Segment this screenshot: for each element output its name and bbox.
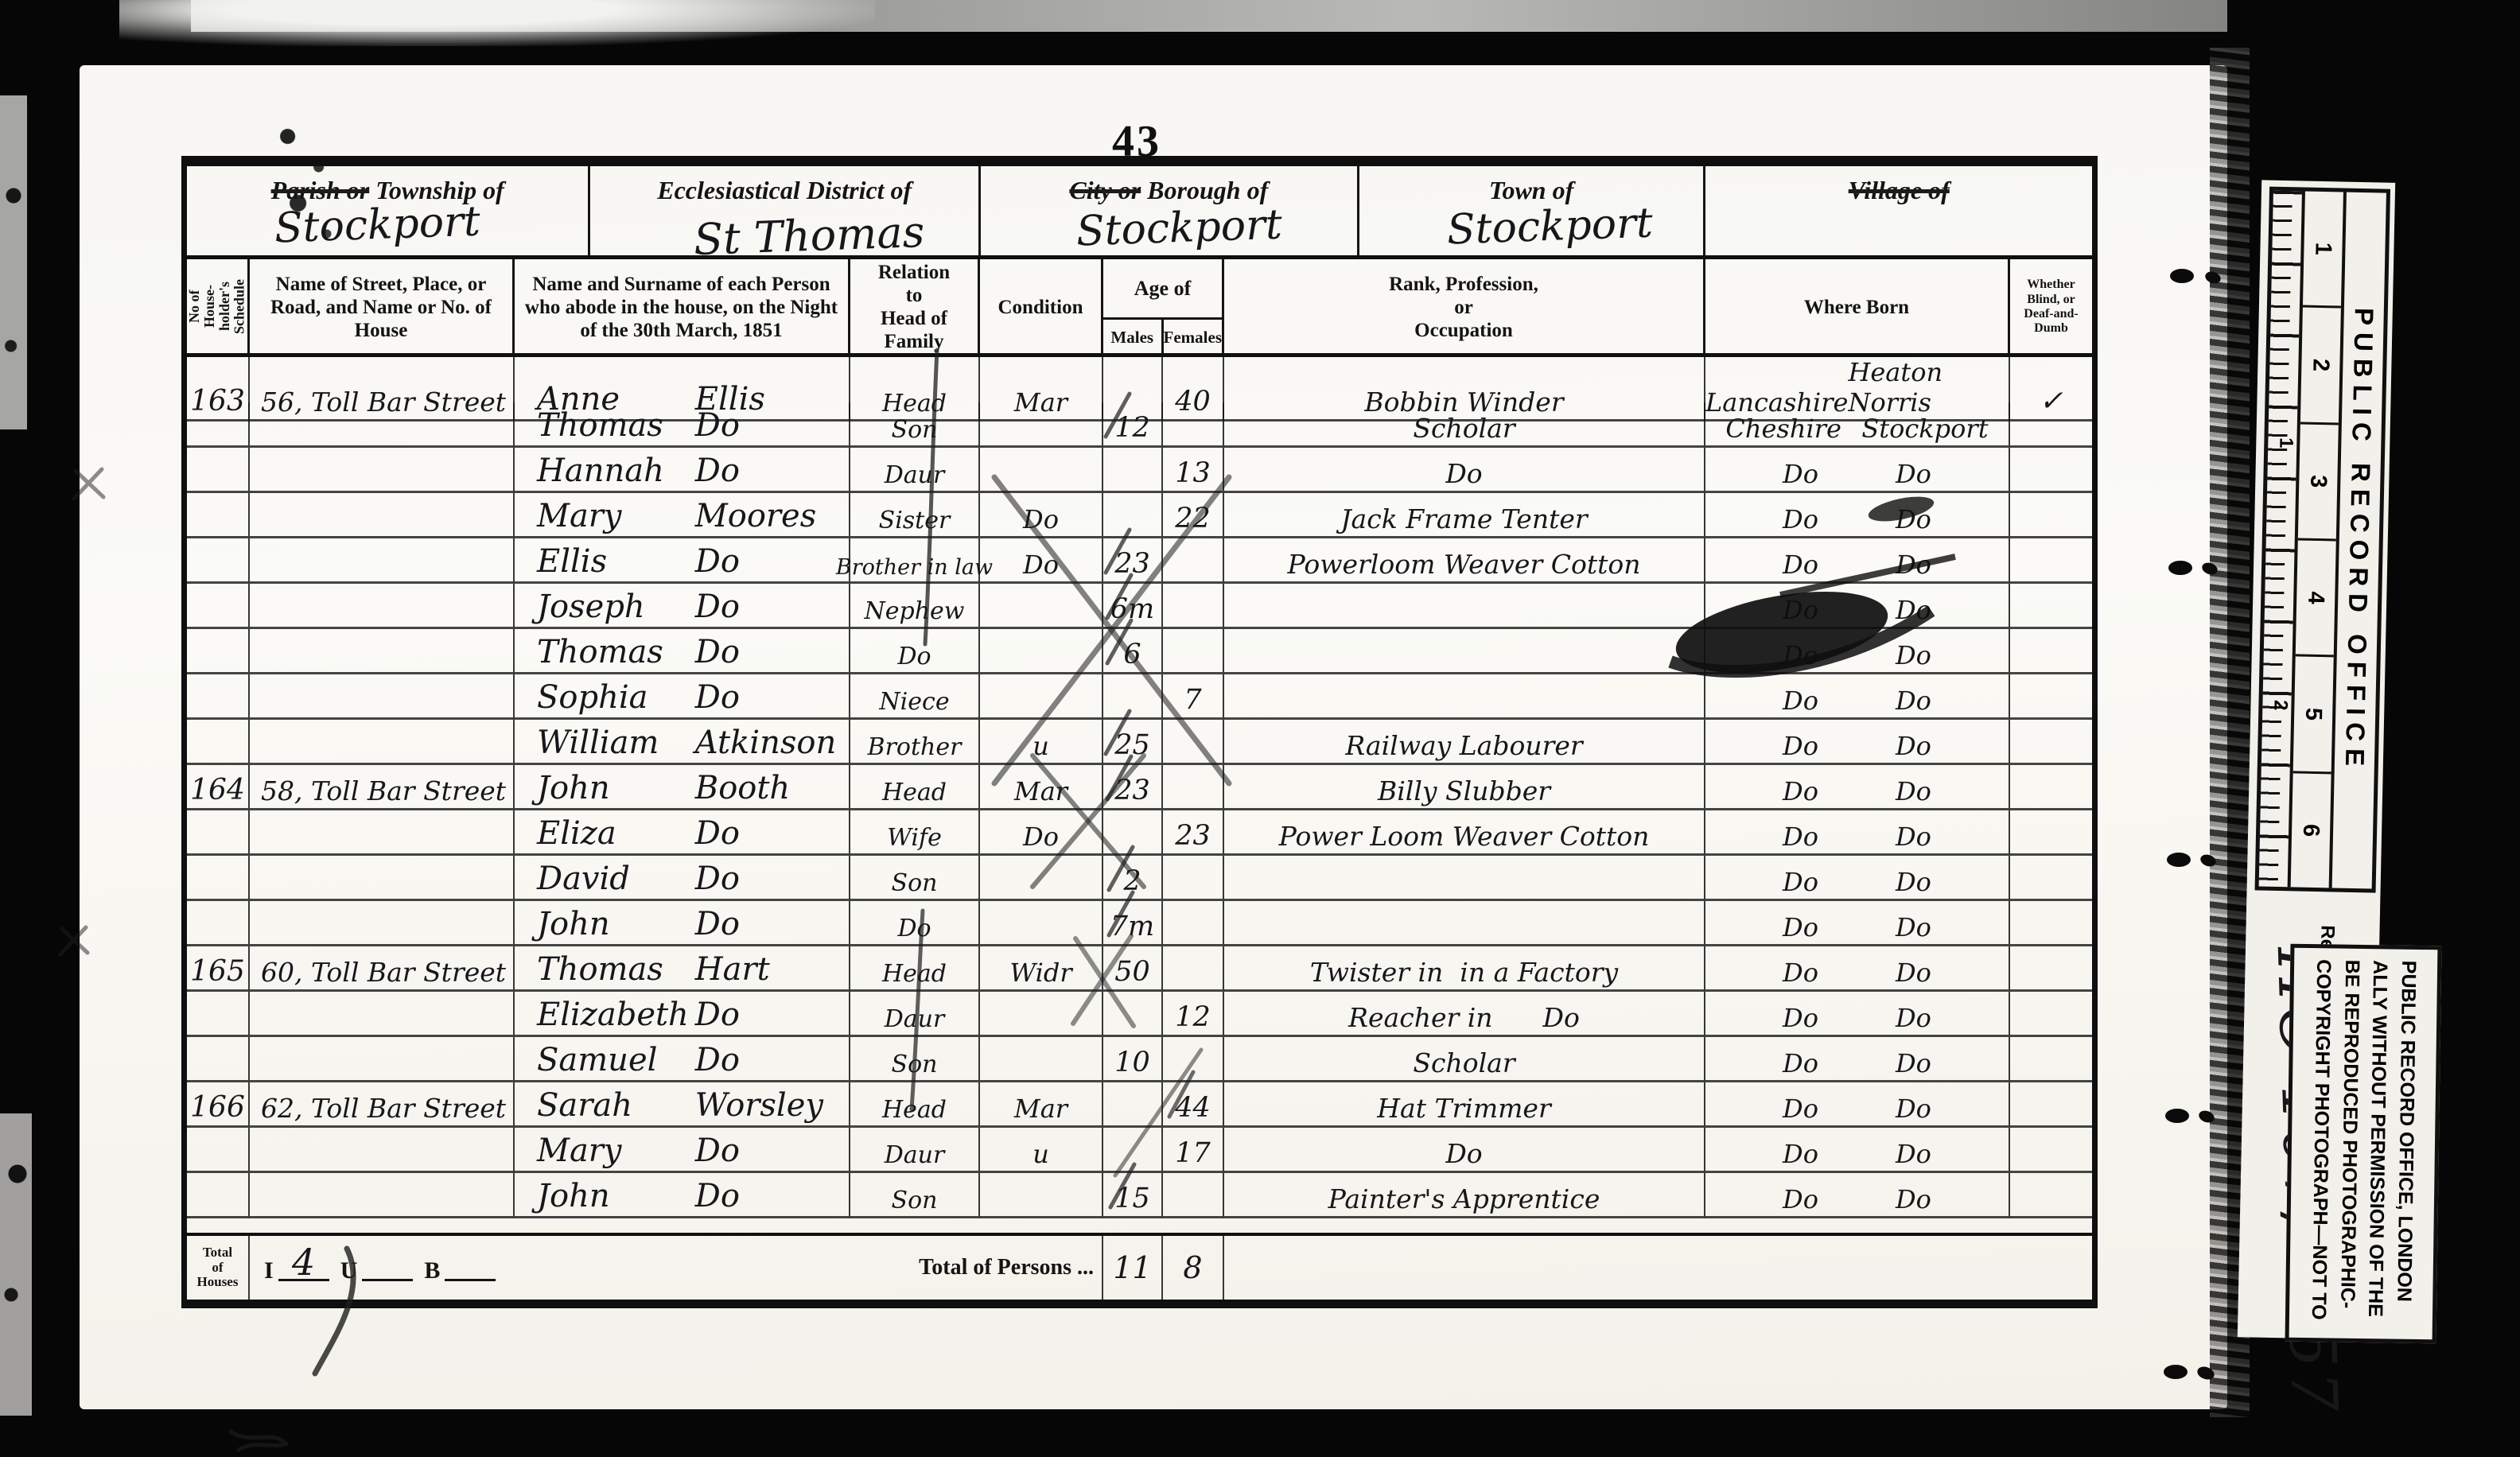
birth-place: Do [1896, 550, 1931, 580]
given-name: Eliza [537, 815, 616, 852]
age-female: 44 [1163, 1082, 1224, 1128]
relation: Head [850, 1082, 980, 1128]
hole-punch [2168, 561, 2192, 575]
age-male: 50 [1103, 946, 1163, 992]
age-male: 10 [1103, 1037, 1163, 1082]
address [250, 448, 515, 493]
infirmity-mark [2010, 765, 2092, 810]
table-row: 16356, Toll Bar StreetAnneEllisHeadMar40… [187, 357, 2092, 402]
person-name: ElizaDo [515, 810, 850, 856]
struck-label: Village of [1849, 176, 1950, 204]
age-male: 15 [1103, 1173, 1163, 1218]
birth-place: Do [1896, 912, 1931, 942]
col-schedule-header: No of House- holder's Schedule [187, 259, 250, 355]
pro-cell-number: 5 [2293, 655, 2334, 771]
total-houses-label: Total of Houses [187, 1236, 250, 1300]
person-name: WilliamAtkinson [515, 720, 850, 765]
birth-county: Do [1783, 912, 1818, 942]
relation: Daur [850, 448, 980, 493]
birth-county: Do [1783, 1139, 1818, 1169]
birthplace: DoDo [1705, 538, 2010, 584]
given-name: Joseph [537, 589, 645, 625]
total-females-value: 8 [1163, 1236, 1224, 1300]
condition: u [980, 1128, 1103, 1173]
address [250, 810, 515, 856]
birth-county: Do [1783, 867, 1818, 897]
header-borough: City or Borough of Stockport [981, 166, 1359, 255]
birth-county: Do [1783, 1184, 1818, 1214]
occupation: Do [1224, 448, 1705, 493]
relation: Head [850, 765, 980, 810]
age-male: 12 [1103, 402, 1163, 448]
copyright-line: BE REPRODUCED PHOTOGRAPHIC- [2332, 960, 2366, 1327]
birth-county: Do [1783, 504, 1818, 534]
infirmity-mark [2010, 402, 2092, 448]
surname: Worsley [695, 1087, 823, 1124]
birth-county: Do [1783, 1094, 1818, 1124]
table-row: DavidDoSon2DoDo [187, 856, 2092, 901]
spacer-row [187, 1218, 2092, 1233]
age-female [1163, 856, 1224, 901]
given-name: Thomas [537, 407, 663, 444]
table-row: EllisDoBrother in lawDo23Powerloom Weave… [187, 538, 2092, 584]
relation: Son [850, 402, 980, 448]
birth-place: Do [1896, 1003, 1931, 1033]
relation: Do [850, 629, 980, 674]
surname: Do [695, 543, 740, 580]
field-label: Ecclesiastical District of [590, 176, 978, 205]
surname: Do [695, 997, 740, 1033]
surname: Do [695, 679, 740, 716]
birth-county: Do [1783, 822, 1818, 852]
schedule-number: 166 [187, 1082, 250, 1128]
birth-place: Do [1896, 640, 1931, 670]
col-condition-header: Condition [980, 259, 1103, 355]
district-value: St Thomas [693, 207, 925, 265]
totals-row: Total of Houses I 4 U B Total of Persons… [187, 1233, 2092, 1300]
surname: Do [695, 815, 740, 852]
borough-value: Stockport [1075, 201, 1283, 256]
age-female [1163, 946, 1224, 992]
col-age-header: Age of Males Females [1103, 259, 1224, 355]
infirmity-mark [2010, 584, 2092, 629]
infirmity-mark [2010, 992, 2092, 1037]
table-row: JohnDoSon15Painter's ApprenticeDoDo [187, 1173, 2092, 1218]
surname: Do [695, 453, 740, 489]
township-value: Stockport [274, 198, 481, 253]
given-name: David [537, 861, 630, 897]
totals-empty-cell [1224, 1236, 2092, 1300]
person-name: JohnDo [515, 901, 850, 946]
schedule-number [187, 810, 250, 856]
surname: Do [695, 1042, 740, 1078]
given-name: Mary [537, 498, 622, 534]
address [250, 856, 515, 901]
town-value: Stockport [1446, 200, 1654, 254]
birthplace: CheshireStockport [1705, 402, 2010, 448]
address [250, 402, 515, 448]
given-name: Ellis [537, 543, 607, 580]
schedule-number [187, 538, 250, 584]
age-female [1163, 1173, 1224, 1218]
birth-county: Do [1783, 686, 1818, 716]
birthplace: DoDo [1705, 856, 2010, 901]
schedule-number [187, 493, 250, 538]
table-row: ElizaDoWifeDo23Power Loom Weaver CottonD… [187, 810, 2092, 856]
birthplace: DoDo [1705, 946, 2010, 992]
relation: Brother [850, 720, 980, 765]
condition: Mar [980, 1082, 1103, 1128]
relation: Daur [850, 992, 980, 1037]
age-female: 7 [1163, 674, 1224, 720]
person-name: ThomasDo [515, 402, 850, 448]
table-row: JosephDoNephew6mDoDo [187, 584, 2092, 629]
given-name: John [537, 906, 610, 942]
inhabited-label: I [264, 1257, 274, 1284]
pro-cell-number: 6 [2291, 771, 2331, 888]
film-edge-highlight [119, 0, 875, 46]
birth-county: Do [1783, 1048, 1818, 1078]
surname: Do [695, 1133, 740, 1169]
place-header-band: Parish or Township of Stockport Ecclesia… [187, 166, 2092, 259]
condition: Do [980, 493, 1103, 538]
birth-place: Do [1896, 1094, 1931, 1124]
birth-county: Do [1783, 459, 1818, 489]
table-row: MaryDoDauru17DoDoDo [187, 1128, 2092, 1173]
birth-place: Do [1896, 731, 1931, 761]
birth-county: Do [1783, 550, 1818, 580]
birth-place: Do [1896, 776, 1931, 806]
col-occupation-header: Rank, Profession, or Occupation [1224, 259, 1705, 355]
age-male [1103, 1128, 1163, 1173]
infirmity-mark [2010, 1173, 2092, 1218]
table-row: 16458, Toll Bar StreetJohnBoothHeadMar23… [187, 765, 2092, 810]
occupation: Power Loom Weaver Cotton [1224, 810, 1705, 856]
relation: Son [850, 1037, 980, 1082]
surname: Do [695, 1178, 740, 1214]
film-left-edge [0, 1113, 32, 1416]
person-name: JosephDo [515, 584, 850, 629]
infirmity-mark [2010, 1128, 2092, 1173]
surname: Do [695, 906, 740, 942]
birthplace: DoDo [1705, 992, 2010, 1037]
occupation: Billy Slubber [1224, 765, 1705, 810]
condition [980, 992, 1103, 1037]
pro-ruler-box: PUBLIC RECORD OFFICE 123456 1 2 [2255, 187, 2391, 893]
age-female: 17 [1163, 1128, 1224, 1173]
age-male [1103, 493, 1163, 538]
table-row: HannahDoDaur13DoDoDo [187, 448, 2092, 493]
birth-county: Cheshire [1725, 414, 1841, 444]
given-name: Mary [537, 1133, 622, 1169]
age-male: 2 [1103, 856, 1163, 901]
infirmity-mark [2010, 901, 2092, 946]
schedule-number [187, 674, 250, 720]
header-ecclesiastical-district: Ecclesiastical District of St Thomas [590, 166, 981, 255]
age-female: 23 [1163, 810, 1224, 856]
given-name: Thomas [537, 951, 663, 988]
col-name-header: Name and Surname of each Person who abod… [515, 259, 850, 355]
relation: Brother in law [850, 538, 980, 584]
col-relation-header: Relation to Head of Family [850, 259, 980, 355]
person-name: DavidDo [515, 856, 850, 901]
table-row: WilliamAtkinsonBrotheru25Railway Laboure… [187, 720, 2092, 765]
hole-punch [2170, 269, 2194, 283]
age-male: 7m [1103, 901, 1163, 946]
birthplace: DoDo [1705, 1037, 2010, 1082]
census-scan-photograph: 43 Parish or Township of Stockport Eccle… [0, 0, 2520, 1457]
birth-place: Do [1896, 867, 1931, 897]
given-name: John [537, 770, 610, 806]
relation: Wife [850, 810, 980, 856]
occupation [1224, 901, 1705, 946]
relation: Head [850, 946, 980, 992]
surname: Moores [695, 498, 816, 534]
birthplace: DoDo [1705, 448, 2010, 493]
field-label: Borough of [1147, 176, 1268, 204]
birthplace: DoDo [1705, 1082, 2010, 1128]
address: 60, Toll Bar Street [250, 946, 515, 992]
surname: Do [695, 634, 740, 670]
infirmity-mark [2010, 538, 2092, 584]
col-infirmity-header: Whether Blind, or Deaf-and- Dumb [2010, 259, 2092, 355]
given-name: Samuel [537, 1042, 657, 1078]
surname: Booth [695, 770, 790, 806]
condition: Do [980, 538, 1103, 584]
occupation: Jack Frame Tenter [1224, 493, 1705, 538]
birth-place: Do [1896, 686, 1931, 716]
age-female [1163, 1037, 1224, 1082]
infirmity-mark [2010, 448, 2092, 493]
birth-county: Do [1783, 776, 1818, 806]
occupation: Scholar [1224, 402, 1705, 448]
person-name: MaryDo [515, 1128, 850, 1173]
infirmity-mark [2010, 493, 2092, 538]
age-male: 25 [1103, 720, 1163, 765]
age-male: 23 [1103, 538, 1163, 584]
condition [980, 674, 1103, 720]
schedule-number [187, 584, 250, 629]
occupation [1224, 629, 1705, 674]
infirmity-mark [2010, 720, 2092, 765]
person-name: HannahDo [515, 448, 850, 493]
surname: Do [695, 589, 740, 625]
birthplace: DoDo [1705, 1128, 2010, 1173]
census-table: Parish or Township of Stockport Ecclesia… [181, 156, 2098, 1308]
age-female [1163, 720, 1224, 765]
pro-cell-number: 3 [2298, 422, 2339, 538]
occupation: Painter's Apprentice [1224, 1173, 1705, 1218]
ruler-mark: 1 [2274, 437, 2296, 449]
address [250, 992, 515, 1037]
col-males-header: Males [1103, 320, 1164, 355]
copyright-line: ALLY WITHOUT PERMISSION OF THE [2361, 960, 2394, 1327]
hole-punch [2167, 853, 2191, 867]
address [250, 538, 515, 584]
occupation [1224, 856, 1705, 901]
schedule-number [187, 448, 250, 493]
struck-label: Parish or [271, 176, 370, 204]
age-male [1103, 448, 1163, 493]
age-male: 23 [1103, 765, 1163, 810]
person-name: SarahWorsley [515, 1082, 850, 1128]
age-female [1163, 765, 1224, 810]
occupation [1224, 584, 1705, 629]
birthplace: DoDo [1705, 720, 2010, 765]
address: 62, Toll Bar Street [250, 1082, 515, 1128]
age-female [1163, 629, 1224, 674]
given-name: Sarah [537, 1087, 632, 1124]
condition: Mar [980, 765, 1103, 810]
uninhabited-label: U [340, 1257, 358, 1284]
birth-place: Do [1896, 822, 1931, 852]
table-row: SophiaDoNiece7DoDo [187, 674, 2092, 720]
person-name: SamuelDo [515, 1037, 850, 1082]
birth-place: Do [1896, 958, 1931, 988]
col-females-header: Females [1164, 320, 1222, 355]
col-street-header: Name of Street, Place, or Road, and Name… [250, 259, 515, 355]
infirmity-mark [2010, 674, 2092, 720]
age-female [1163, 901, 1224, 946]
person-name: SophiaDo [515, 674, 850, 720]
age-male [1103, 992, 1163, 1037]
table-row: MaryMooresSisterDo22Jack Frame TenterDoD… [187, 493, 2092, 538]
person-name: ThomasHart [515, 946, 850, 992]
condition: u [980, 720, 1103, 765]
copyright-label: COPYRIGHT PHOTOGRAPH—NOT TOBE REPRODUCED… [2285, 944, 2442, 1344]
given-name: Hannah [537, 453, 664, 489]
condition [980, 629, 1103, 674]
table-row: ThomasDoDo6DoDo [187, 629, 2092, 674]
address: 58, Toll Bar Street [250, 765, 515, 810]
relation: Son [850, 1173, 980, 1218]
person-name: MaryMoores [515, 493, 850, 538]
film-left-edge [0, 95, 27, 429]
given-name: Thomas [537, 634, 663, 670]
schedule-number [187, 1173, 250, 1218]
hole-punch [2164, 1365, 2187, 1379]
table-row: 16560, Toll Bar StreetThomasHartHeadWidr… [187, 946, 2092, 992]
copyright-line: PUBLIC RECORD OFFICE, LONDON [2389, 961, 2422, 1328]
copyright-line: COPYRIGHT PHOTOGRAPH—NOT TO [2304, 959, 2338, 1327]
table-row: ThomasDoSon12ScholarCheshireStockport [187, 402, 2092, 448]
schedule-number [187, 629, 250, 674]
occupation: Twister in in a Factory [1224, 946, 1705, 992]
condition [980, 901, 1103, 946]
hole-punch [2165, 1109, 2189, 1123]
census-rows: 16356, Toll Bar StreetAnneEllisHeadMar40… [187, 357, 2092, 1218]
address [250, 493, 515, 538]
person-name: ThomasDo [515, 629, 850, 674]
infirmity-mark [2010, 946, 2092, 992]
address [250, 720, 515, 765]
condition: Widr [980, 946, 1103, 992]
occupation: Hat Trimmer [1224, 1082, 1705, 1128]
header-town: Town of Stockport [1359, 166, 1706, 255]
birthplace: DoDo [1705, 1173, 2010, 1218]
address [250, 1128, 515, 1173]
birth-place: Do [1896, 1139, 1931, 1169]
schedule-number: 164 [187, 765, 250, 810]
relation: Daur [850, 1128, 980, 1173]
condition [980, 448, 1103, 493]
occupation: Scholar [1224, 1037, 1705, 1082]
schedule-number [187, 1037, 250, 1082]
schedule-number [187, 1128, 250, 1173]
person-name: JohnDo [515, 1173, 850, 1218]
infirmity-mark [2010, 856, 2092, 901]
age-female [1163, 584, 1224, 629]
infirmity-mark [2010, 1082, 2092, 1128]
occupation: Reacher in Do [1224, 992, 1705, 1037]
condition [980, 1173, 1103, 1218]
birth-county: Do [1783, 958, 1818, 988]
relation: Son [850, 856, 980, 901]
pro-cell-number: 2 [2300, 305, 2341, 422]
age-female: 12 [1163, 992, 1224, 1037]
birthplace: DoDo [1705, 629, 2010, 674]
birth-place: Do [1896, 595, 1931, 625]
birth-place: Do [1896, 504, 1931, 534]
building-label: B [424, 1257, 440, 1284]
condition [980, 402, 1103, 448]
given-name: Elizabeth [537, 997, 689, 1033]
table-row: 16662, Toll Bar StreetSarahWorsleyHeadMa… [187, 1082, 2092, 1128]
col-born-header: Where Born [1705, 259, 2010, 355]
address [250, 674, 515, 720]
age-male: 6m [1103, 584, 1163, 629]
birth-county: Do [1783, 640, 1818, 670]
table-row: SamuelDoSon10ScholarDoDo [187, 1037, 2092, 1082]
schedule-number [187, 402, 250, 448]
relation: Sister [850, 493, 980, 538]
copyright-text: COPYRIGHT PHOTOGRAPH—NOT TOBE REPRODUCED… [2285, 944, 2442, 1344]
ruler-mark: 2 [2269, 700, 2291, 711]
age-male: 6 [1103, 629, 1163, 674]
birth-county: Do [1783, 595, 1818, 625]
header-village: Village of [1705, 166, 2092, 255]
age-female: 13 [1163, 448, 1224, 493]
birthplace: DoDo [1705, 674, 2010, 720]
age-female [1163, 538, 1224, 584]
age-male [1103, 1082, 1163, 1128]
table-row: JohnDoDo7mDoDo [187, 901, 2092, 946]
infirmity-mark [2010, 629, 2092, 674]
birth-place: Do [1896, 459, 1931, 489]
person-name: EllisDo [515, 538, 850, 584]
birthplace: DoDo [1705, 584, 2010, 629]
header-township: Parish or Township of Stockport [187, 166, 590, 255]
birth-place: Do [1896, 1048, 1931, 1078]
age-male [1103, 810, 1163, 856]
table-row: ElizabethDoDaur12Reacher in DoDoDo [187, 992, 2092, 1037]
given-name: William [537, 725, 659, 761]
struck-label: City or [1069, 176, 1141, 204]
birth-county: Do [1783, 731, 1818, 761]
birth-place: Stockport [1861, 414, 1988, 444]
birthplace: DoDo [1705, 810, 2010, 856]
relation: Nephew [850, 584, 980, 629]
surname: Atkinson [695, 725, 836, 761]
total-males-value: 11 [1103, 1236, 1163, 1300]
schedule-number [187, 992, 250, 1037]
relation: Do [850, 901, 980, 946]
address [250, 629, 515, 674]
schedule-number: 165 [187, 946, 250, 992]
schedule-number [187, 901, 250, 946]
pro-cell-number: 1 [2303, 192, 2343, 306]
surname: Hart [695, 951, 770, 988]
